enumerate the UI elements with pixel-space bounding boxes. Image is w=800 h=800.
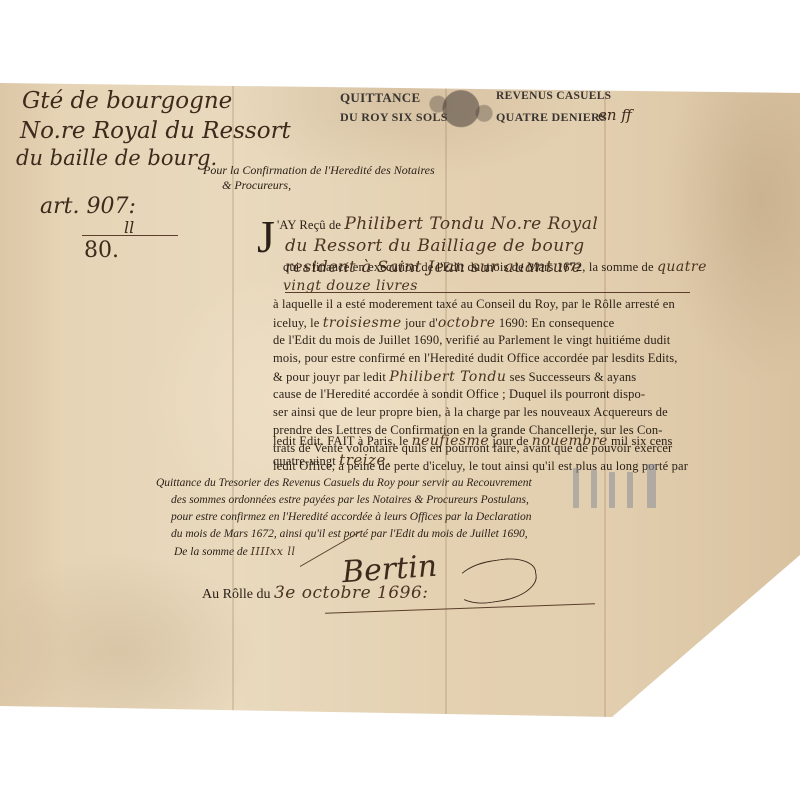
heading-line2: & Procureurs, [222, 178, 291, 193]
drop-cap: J [257, 214, 275, 260]
footer-line-2: des sommes ordonnées estre payées par le… [171, 494, 529, 506]
heading-line1: Pour la Confirmation de l'Heredité des N… [203, 163, 435, 178]
body-line-2: du Ressort du Bailliage de bourg [285, 236, 585, 256]
footer-line-5: De la somme de IIIIxx ll [174, 545, 295, 558]
printed-text: 1690: En consequence [499, 316, 614, 330]
role-line: Au Rôlle du 3e octobre 1696: [202, 583, 429, 603]
margin-note-line3: du baille de bourg. [16, 146, 217, 170]
printed-text: ledit Edit. FAIT à Paris, le [273, 434, 408, 448]
printed-text: De la somme de [174, 546, 248, 558]
signature-paraph-icon [452, 554, 539, 607]
royal-crest-icon [428, 88, 494, 134]
ghost-stamp-icon [565, 462, 675, 508]
fold-line [445, 83, 447, 723]
signature-flourish [325, 603, 595, 613]
printed-text: mil six cens [611, 434, 673, 448]
hand-amount: quatre [657, 259, 707, 275]
hand-text: du Ressort du Bailliage de bourg [285, 236, 585, 256]
margin-note-line1: Gté de bourgogne [22, 88, 232, 114]
body-line-8: de l'Edit du mois de Juillet 1690, verif… [273, 333, 670, 348]
hand-year: treize. [339, 451, 391, 469]
banner-left-top: QUITTANCE [340, 90, 420, 106]
banner-right-top: REVENUS CASUELS [496, 90, 611, 102]
amount-rule [285, 292, 690, 293]
footer-line-3: pour estre confirmez en l'Heredité accor… [171, 511, 531, 523]
banner-right-bottom: QUATRE DENIERS [496, 110, 607, 125]
hand-day: neufiesme [412, 433, 490, 449]
footer-line-1: Quittance du Tresorier des Revenus Casue… [156, 477, 532, 489]
article-value: 80. [84, 238, 119, 263]
hand-name: Philibert Tondu [389, 369, 506, 385]
hand-date: 3e octobre 1696: [274, 583, 429, 603]
printed-text: jour de [492, 434, 528, 448]
printed-text: iceluy, le [273, 316, 320, 330]
body-line-7: iceluy, le troisiesme jour d'octobre 169… [273, 315, 614, 331]
body-line-1: 'AY Reçû de Philibert Tondu No.re Royal [277, 214, 598, 234]
printed-text: qui a financé en execution de l'Edit du … [283, 260, 654, 274]
printed-text: 'AY Reçû de [277, 218, 341, 232]
printed-banner: QUITTANCE DU ROY SIX SOLS REVENUS CASUEL… [336, 88, 581, 134]
article-number: art. 907: [40, 194, 136, 219]
body-line-11: cause de l'Heredité accordée à sondit Of… [273, 387, 645, 402]
body-line-6: à laquelle il a esté moderement taxé au … [273, 297, 675, 312]
hand-month: octobre [438, 315, 496, 331]
body-line-12: ser ainsi que de leur propre bien, à la … [273, 405, 668, 420]
document-sheet: Gté de bourgogne No.re Royal du Ressort … [0, 0, 800, 800]
hand-name: Philibert Tondu No.re Royal [344, 214, 598, 234]
body-line-10: & pour jouyr par ledit Philibert Tondu s… [273, 369, 636, 385]
hand-month: nouembre [532, 433, 608, 449]
body-line-16: ledit Edit. FAIT à Paris, le neufiesme j… [273, 433, 673, 449]
fold-line [604, 83, 606, 723]
printed-text: ses Successeurs & ayans [510, 370, 637, 384]
article-sub: ll [124, 218, 134, 237]
hand-date: troisiesme [323, 315, 402, 331]
margin-note-line2: No.re Royal du Ressort [20, 118, 291, 144]
printed-text: & pour jouyr par ledit [273, 370, 386, 384]
printed-text: Au Rôlle du [202, 587, 270, 602]
body-line-4-main: qui a financé en execution de l'Edit du … [283, 259, 707, 275]
body-line-17: quatre-vingt treize. [273, 451, 391, 469]
hand-amount: IIIIxx ll [251, 545, 296, 558]
corner-note: en ff [598, 106, 632, 124]
printed-text: jour d' [405, 316, 438, 330]
body-line-9: mois, pour estre confirmé en l'Heredité … [273, 351, 678, 366]
printed-text: quatre-vingt [273, 454, 336, 468]
